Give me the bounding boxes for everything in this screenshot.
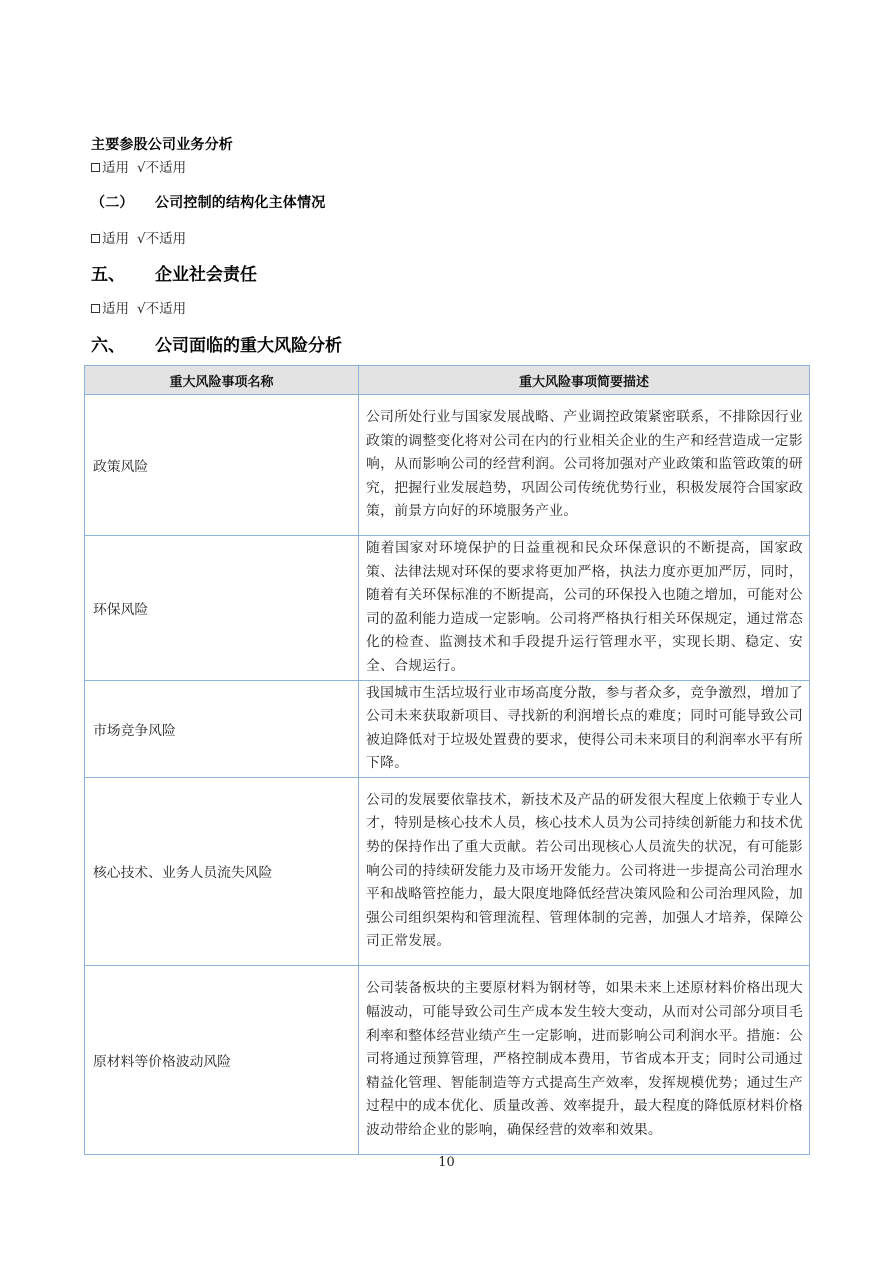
risk-name: 政策风险 [85, 395, 359, 536]
applicability-major-holdings: 适用 √不适用 [91, 156, 186, 176]
heading-major-holdings: 主要参股公司业务分析 [91, 134, 233, 154]
risk-description: 公司的发展要依靠技术，新技术及产品的研发很大程度上依赖于专业人才，特别是核心技术… [359, 777, 810, 965]
option-not-applicable: √不适用 [137, 156, 186, 176]
document-page: 主要参股公司业务分析 适用 √不适用 （二）公司控制的结构化主体情况 适用 √不… [0, 0, 893, 1262]
heading-title: 企业社会责任 [155, 265, 257, 285]
risk-name: 核心技术、业务人员流失风险 [85, 777, 359, 965]
heading-csr: 五、企业社会责任 [91, 260, 257, 285]
heading-number: （二） [91, 192, 155, 212]
option-not-applicable: √不适用 [137, 297, 186, 317]
checkbox-empty-icon [91, 234, 100, 243]
checkbox-empty-icon [91, 304, 100, 313]
risk-description: 我国城市生活垃圾行业市场高度分散，参与者众多，竞争激烈，增加了公司未来获取新项目… [359, 680, 810, 777]
table-header-row: 重大风险事项名称 重大风险事项简要描述 [85, 366, 810, 395]
option-applicable: 适用 [102, 227, 129, 247]
risk-name: 环保风险 [85, 536, 359, 681]
option-applicable: 适用 [102, 156, 129, 176]
heading-risks: 六、公司面临的重大风险分析 [91, 331, 342, 356]
risk-description: 随着国家对环境保护的日益重视和民众环保意识的不断提高，国家政策、法律法规对环保的… [359, 536, 810, 681]
table-row: 核心技术、业务人员流失风险 公司的发展要依靠技术，新技术及产品的研发很大程度上依… [85, 777, 810, 965]
heading-title: 公司控制的结构化主体情况 [155, 195, 325, 211]
risk-description: 公司装备板块的主要原材料为钢材等，如果未来上述原材料价格出现大幅波动，可能导致公… [359, 965, 810, 1154]
heading-structured-entities: （二）公司控制的结构化主体情况 [91, 192, 325, 212]
risk-description: 公司所处行业与国家发展战略、产业调控政策紧密联系，不排除因行业政策的调整变化将对… [359, 395, 810, 536]
table-row: 市场竞争风险 我国城市生活垃圾行业市场高度分散，参与者众多，竞争激烈，增加了公司… [85, 680, 810, 777]
checkbox-empty-icon [91, 163, 100, 172]
table-row: 环保风险 随着国家对环境保护的日益重视和民众环保意识的不断提高，国家政策、法律法… [85, 536, 810, 681]
header-risk-description: 重大风险事项简要描述 [359, 366, 810, 395]
table-row: 原材料等价格波动风险 公司装备板块的主要原材料为钢材等，如果未来上述原材料价格出… [85, 965, 810, 1154]
heading-number: 六、 [91, 331, 155, 356]
page-number: 10 [0, 1155, 893, 1170]
header-risk-name: 重大风险事项名称 [85, 366, 359, 395]
option-applicable: 适用 [102, 297, 129, 317]
heading-title: 公司面临的重大风险分析 [155, 336, 342, 356]
applicability-structured-entities: 适用 √不适用 [91, 227, 186, 247]
heading-number: 五、 [91, 260, 155, 285]
table-row: 政策风险 公司所处行业与国家发展战略、产业调控政策紧密联系，不排除因行业政策的调… [85, 395, 810, 536]
applicability-csr: 适用 √不适用 [91, 297, 186, 317]
risk-table: 重大风险事项名称 重大风险事项简要描述 政策风险 公司所处行业与国家发展战略、产… [84, 365, 810, 1155]
risk-name: 市场竞争风险 [85, 680, 359, 777]
option-not-applicable: √不适用 [137, 227, 186, 247]
risk-name: 原材料等价格波动风险 [85, 965, 359, 1154]
